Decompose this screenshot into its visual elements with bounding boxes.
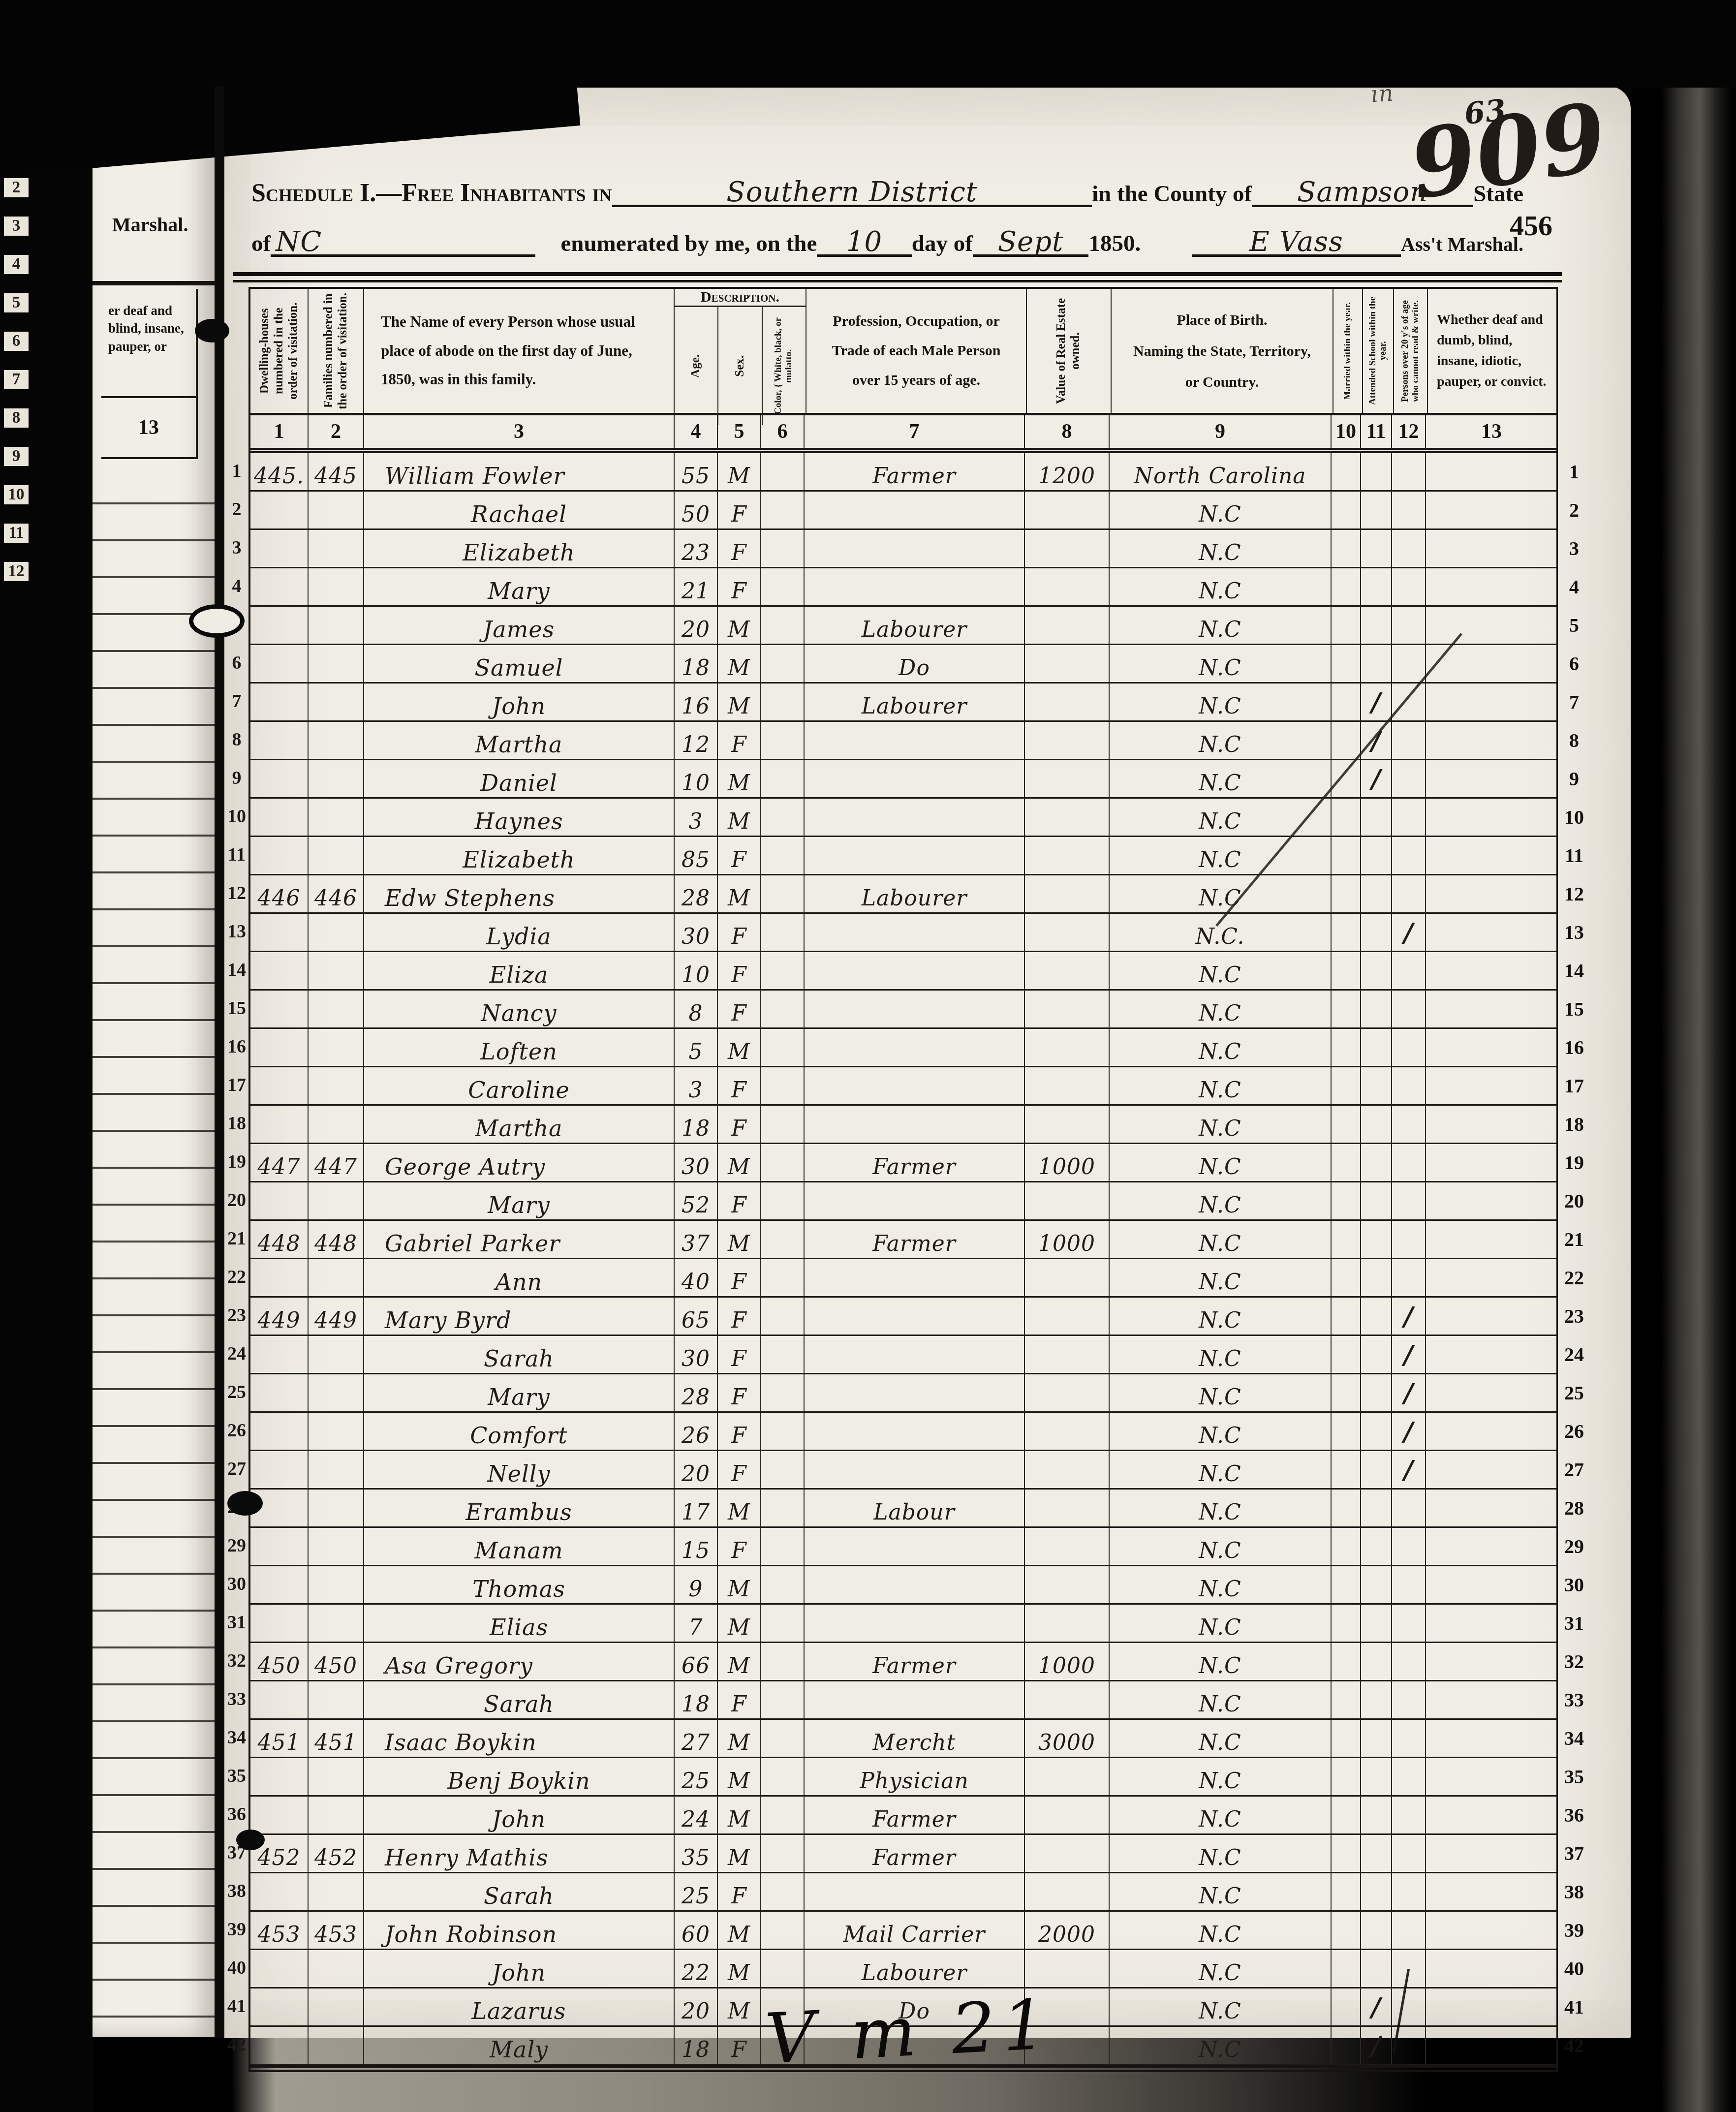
cell-family bbox=[309, 683, 364, 720]
cell-remarks bbox=[1426, 1413, 1557, 1450]
right-row-number: 7 bbox=[1561, 690, 1587, 714]
cell-birthplace: N.C bbox=[1110, 1605, 1332, 1642]
binding-bar bbox=[215, 86, 224, 2038]
cell-occupation bbox=[805, 1298, 1025, 1335]
cell-attended-school bbox=[1361, 837, 1392, 874]
cell-remarks bbox=[1426, 1835, 1557, 1872]
cell-family bbox=[309, 1029, 364, 1066]
cell-sex: M bbox=[718, 645, 761, 682]
schedule-title: Schedule I.—Free Inhabitants in bbox=[251, 179, 612, 208]
cell-birthplace: N.C bbox=[1110, 1873, 1332, 1910]
cell-real-estate-value bbox=[1025, 1182, 1110, 1219]
film-edge-number: 12 bbox=[4, 562, 29, 581]
cell-age: 16 bbox=[675, 683, 718, 720]
film-edge-number: 8 bbox=[4, 408, 29, 428]
cell-birthplace: N.C bbox=[1110, 568, 1332, 605]
cell-birthplace: N.C bbox=[1110, 1528, 1332, 1565]
cell-attended-school bbox=[1361, 1144, 1392, 1181]
cell-birthplace: N.C bbox=[1110, 722, 1332, 759]
right-row-number: 4 bbox=[1561, 575, 1587, 598]
cell-name: Samuel bbox=[364, 645, 675, 682]
cell-married-within-year bbox=[1332, 1797, 1361, 1833]
right-row-number: 12 bbox=[1561, 882, 1587, 905]
table-header-row: Dwelling-houses numbered in the order of… bbox=[250, 289, 1556, 415]
cell-attended-school bbox=[1361, 1566, 1392, 1603]
film-edge-number: 7 bbox=[4, 370, 29, 389]
table-row: 27 Nelly 20 F N.C / 27 bbox=[250, 1451, 1556, 1490]
cell-attended-school bbox=[1361, 1835, 1392, 1872]
schedule-header-line2: of NC enumerated by me, on the 10 day of… bbox=[251, 230, 1523, 257]
cell-real-estate-value bbox=[1025, 607, 1110, 644]
left-row-number: 18 bbox=[226, 1113, 248, 1134]
cell-dwelling: 448 bbox=[250, 1221, 309, 1258]
cell-cannot-read-write bbox=[1392, 1182, 1426, 1219]
cell-age: 28 bbox=[675, 1374, 718, 1411]
cell-occupation: Farmer bbox=[805, 1643, 1025, 1680]
right-row-number: 33 bbox=[1561, 1688, 1587, 1711]
right-row-number: 35 bbox=[1561, 1765, 1587, 1788]
cell-remarks bbox=[1426, 1605, 1557, 1642]
cell-sex: M bbox=[718, 1835, 761, 1872]
film-right-edge bbox=[1631, 0, 1736, 2112]
cell-birthplace: N.C bbox=[1110, 760, 1332, 797]
cell-family bbox=[309, 1681, 364, 1718]
col-number: 12 bbox=[1392, 415, 1426, 448]
cell-attended-school bbox=[1361, 875, 1392, 912]
table-row: 37 452 452 Henry Mathis 35 M Farmer N.C … bbox=[250, 1835, 1556, 1873]
left-row-number: 27 bbox=[226, 1458, 248, 1480]
cell-name: Maly bbox=[364, 2027, 675, 2064]
col-number: 4 bbox=[675, 415, 718, 448]
cell-attended-school: / bbox=[1361, 1988, 1392, 2025]
cell-occupation: Mercht bbox=[805, 1720, 1025, 1757]
left-row-number: 2 bbox=[226, 498, 248, 520]
cell-married-within-year bbox=[1332, 875, 1361, 912]
cell-color bbox=[761, 1528, 805, 1565]
cell-real-estate-value bbox=[1025, 1067, 1110, 1104]
cell-real-estate-value bbox=[1025, 837, 1110, 874]
cell-attended-school bbox=[1361, 1490, 1392, 1526]
left-row-number: 15 bbox=[226, 997, 248, 1019]
table-row: 22 Ann 40 F N.C 22 bbox=[250, 1259, 1556, 1298]
left-row-number: 25 bbox=[226, 1381, 248, 1403]
cell-remarks bbox=[1426, 1566, 1557, 1603]
cell-name: Caroline bbox=[364, 1067, 675, 1104]
cell-sex: M bbox=[718, 1950, 761, 1987]
right-row-number: 37 bbox=[1561, 1842, 1587, 1865]
cell-name: Elias bbox=[364, 1605, 675, 1642]
cell-married-within-year bbox=[1332, 1067, 1361, 1104]
left-row-number: 8 bbox=[226, 729, 248, 750]
left-row-number: 38 bbox=[226, 1880, 248, 1902]
cell-real-estate-value: 1000 bbox=[1025, 1643, 1110, 1680]
cell-attended-school bbox=[1361, 1528, 1392, 1565]
cell-sex: M bbox=[718, 760, 761, 797]
previous-page-fragment: State Marshal. er deaf and blind, insane… bbox=[93, 116, 215, 2037]
cell-family: 451 bbox=[309, 1720, 364, 1757]
cell-real-estate-value bbox=[1025, 799, 1110, 836]
cell-family bbox=[309, 799, 364, 836]
cell-remarks bbox=[1426, 1144, 1557, 1181]
cell-cannot-read-write bbox=[1392, 1643, 1426, 1680]
cell-name: Daniel bbox=[364, 760, 675, 797]
cell-birthplace: N.C bbox=[1110, 1259, 1332, 1296]
left-row-number: 10 bbox=[226, 806, 248, 827]
cell-married-within-year bbox=[1332, 1374, 1361, 1411]
cell-sex: F bbox=[718, 1182, 761, 1219]
left-row-number: 30 bbox=[226, 1573, 248, 1595]
cell-dwelling bbox=[250, 1528, 309, 1565]
cell-remarks bbox=[1426, 453, 1557, 490]
cell-family bbox=[309, 952, 364, 989]
cell-real-estate-value bbox=[1025, 1413, 1110, 1450]
cell-family bbox=[309, 1758, 364, 1795]
cell-married-within-year bbox=[1332, 799, 1361, 836]
col-number: 9 bbox=[1110, 415, 1332, 448]
cell-remarks bbox=[1426, 1221, 1557, 1258]
col-header-remarks: Whether deaf and dumb, blind, insane, id… bbox=[1428, 310, 1559, 392]
cell-occupation: Physician bbox=[805, 1758, 1025, 1795]
cell-birthplace: N.C bbox=[1110, 1835, 1332, 1872]
cell-age: 30 bbox=[675, 1144, 718, 1181]
cell-birthplace: N.C bbox=[1110, 1298, 1332, 1335]
cell-birthplace: North Carolina bbox=[1110, 453, 1332, 490]
cell-remarks bbox=[1426, 799, 1557, 836]
cell-cannot-read-write bbox=[1392, 1067, 1426, 1104]
header-double-rule bbox=[233, 272, 1562, 282]
cell-real-estate-value bbox=[1025, 1336, 1110, 1373]
cell-age: 65 bbox=[675, 1298, 718, 1335]
table-row: 1 445. 445 William Fowler 55 M Farmer 12… bbox=[250, 453, 1556, 492]
bottom-annotation: V m 21 bbox=[763, 1985, 1055, 2080]
cell-attended-school bbox=[1361, 1643, 1392, 1680]
cell-birthplace: N.C bbox=[1110, 1720, 1332, 1757]
cell-sex: F bbox=[718, 2027, 761, 2064]
cell-cannot-read-write bbox=[1392, 875, 1426, 912]
cell-age: 37 bbox=[675, 1221, 718, 1258]
table-row: 26 Comfort 26 F N.C / 26 bbox=[250, 1413, 1556, 1451]
cell-real-estate-value bbox=[1025, 952, 1110, 989]
left-row-number: 40 bbox=[226, 1957, 248, 1979]
left-row-number: 31 bbox=[226, 1612, 248, 1633]
cell-remarks bbox=[1426, 1106, 1557, 1143]
cell-real-estate-value bbox=[1025, 1029, 1110, 1066]
cell-color bbox=[761, 1797, 805, 1833]
cell-age: 3 bbox=[675, 1067, 718, 1104]
cell-remarks bbox=[1426, 952, 1557, 989]
cell-sex: F bbox=[718, 1259, 761, 1296]
cell-sex: F bbox=[718, 722, 761, 759]
cell-sex: F bbox=[718, 1451, 761, 1488]
cell-married-within-year bbox=[1332, 1451, 1361, 1488]
cell-cannot-read-write bbox=[1392, 1835, 1426, 1872]
right-row-number: 20 bbox=[1561, 1189, 1587, 1212]
cell-name: William Fowler bbox=[364, 453, 675, 490]
cell-sex: M bbox=[718, 799, 761, 836]
cell-color bbox=[761, 952, 805, 989]
cell-dwelling bbox=[250, 837, 309, 874]
col-number: 5 bbox=[718, 415, 761, 448]
cell-cannot-read-write bbox=[1392, 607, 1426, 644]
cell-remarks bbox=[1426, 1067, 1557, 1104]
cell-attended-school bbox=[1361, 1336, 1392, 1373]
left-row-number: 33 bbox=[226, 1688, 248, 1710]
right-row-number: 25 bbox=[1561, 1381, 1587, 1404]
film-edge-number: 4 bbox=[4, 255, 29, 274]
cell-color bbox=[761, 875, 805, 912]
cell-family: 448 bbox=[309, 1221, 364, 1258]
table-row: 18 Martha 18 F N.C 18 bbox=[250, 1106, 1556, 1144]
cell-remarks bbox=[1426, 492, 1557, 528]
cell-married-within-year bbox=[1332, 1720, 1361, 1757]
cell-name: Nancy bbox=[364, 991, 675, 1027]
left-row-number: 11 bbox=[226, 844, 248, 866]
cell-occupation bbox=[805, 991, 1025, 1027]
cell-sex: F bbox=[718, 1413, 761, 1450]
cell-real-estate-value bbox=[1025, 530, 1110, 567]
cell-real-estate-value bbox=[1025, 1259, 1110, 1296]
cell-name: John bbox=[364, 1950, 675, 1987]
cell-married-within-year bbox=[1332, 1835, 1361, 1872]
right-row-number: 10 bbox=[1561, 806, 1587, 829]
cell-family bbox=[309, 1259, 364, 1296]
cell-sex: M bbox=[718, 1029, 761, 1066]
cell-family: 450 bbox=[309, 1643, 364, 1680]
cell-attended-school: / bbox=[1361, 722, 1392, 759]
cell-remarks bbox=[1426, 607, 1557, 644]
cell-dwelling bbox=[250, 991, 309, 1027]
cell-occupation bbox=[805, 1067, 1025, 1104]
right-row-number: 5 bbox=[1561, 614, 1587, 637]
left-row-number: 6 bbox=[226, 652, 248, 674]
table-row: 10 Haynes 3 M N.C 10 bbox=[250, 799, 1556, 837]
description-group-label: Description. bbox=[675, 289, 806, 307]
cell-color bbox=[761, 1912, 805, 1949]
cell-age: 18 bbox=[675, 2027, 718, 2064]
cell-name: Gabriel Parker bbox=[364, 1221, 675, 1258]
ink-blob bbox=[236, 1830, 265, 1850]
cell-family: 452 bbox=[309, 1835, 364, 1872]
county-of-label: in the County of bbox=[1092, 181, 1252, 207]
cell-name: Comfort bbox=[364, 1413, 675, 1450]
cell-cannot-read-write bbox=[1392, 453, 1426, 490]
cell-color bbox=[761, 1298, 805, 1335]
cell-color bbox=[761, 760, 805, 797]
cell-real-estate-value bbox=[1025, 1681, 1110, 1718]
cell-age: 20 bbox=[675, 1988, 718, 2025]
cell-sex: F bbox=[718, 1336, 761, 1373]
cell-attended-school bbox=[1361, 1221, 1392, 1258]
cell-family: 445 bbox=[309, 453, 364, 490]
table-row: 11 Elizabeth 85 F N.C 11 bbox=[250, 837, 1556, 875]
table-row: 5 James 20 M Labourer N.C 5 bbox=[250, 607, 1556, 645]
cell-dwelling bbox=[250, 1681, 309, 1718]
cell-married-within-year bbox=[1332, 914, 1361, 951]
cell-color bbox=[761, 837, 805, 874]
cell-occupation bbox=[805, 1681, 1025, 1718]
cell-cannot-read-write: / bbox=[1392, 1336, 1426, 1373]
cell-attended-school bbox=[1361, 1950, 1392, 1987]
cell-sex: F bbox=[718, 1298, 761, 1335]
cell-dwelling: 445. bbox=[250, 453, 309, 490]
cell-real-estate-value bbox=[1025, 683, 1110, 720]
cell-birthplace: N.C bbox=[1110, 837, 1332, 874]
cell-sex: F bbox=[718, 1067, 761, 1104]
col-header-dwelling: Dwelling-houses numbered in the order of… bbox=[258, 292, 300, 410]
right-row-number: 14 bbox=[1561, 959, 1587, 982]
cell-cannot-read-write bbox=[1392, 1528, 1426, 1565]
col-header-name: The Name of every Person whose usual pla… bbox=[364, 308, 674, 395]
cell-cannot-read-write: / bbox=[1392, 914, 1426, 951]
cell-birthplace: N.C bbox=[1110, 1988, 1332, 2025]
cell-married-within-year bbox=[1332, 568, 1361, 605]
cell-cannot-read-write bbox=[1392, 1259, 1426, 1296]
cell-occupation: Labourer bbox=[805, 607, 1025, 644]
cell-occupation bbox=[805, 568, 1025, 605]
cell-dwelling bbox=[250, 1451, 309, 1488]
cell-remarks bbox=[1426, 760, 1557, 797]
col-header-school: Attended School within the year. bbox=[1368, 292, 1389, 410]
cell-name: Isaac Boykin bbox=[364, 1720, 675, 1757]
table-row: 40 John 22 M Labourer N.C 40 bbox=[250, 1950, 1556, 1988]
cell-sex: F bbox=[718, 991, 761, 1027]
cell-age: 26 bbox=[675, 1413, 718, 1450]
cell-married-within-year bbox=[1332, 1988, 1361, 2025]
table-row: 31 Elias 7 M N.C 31 bbox=[250, 1605, 1556, 1643]
cell-attended-school: / bbox=[1361, 683, 1392, 720]
cell-sex: M bbox=[718, 1988, 761, 2025]
cell-color bbox=[761, 645, 805, 682]
cell-birthplace: N.C bbox=[1110, 607, 1332, 644]
cell-cannot-read-write bbox=[1392, 1912, 1426, 1949]
cell-dwelling bbox=[250, 1566, 309, 1603]
cell-attended-school bbox=[1361, 1797, 1392, 1833]
cell-remarks bbox=[1426, 1720, 1557, 1757]
cell-occupation bbox=[805, 1374, 1025, 1411]
cell-married-within-year bbox=[1332, 1336, 1361, 1373]
cell-sex: F bbox=[718, 1106, 761, 1143]
table-row: 23 449 449 Mary Byrd 65 F N.C / 23 bbox=[250, 1298, 1556, 1336]
cell-birthplace: N.C bbox=[1110, 1797, 1332, 1833]
cell-real-estate-value bbox=[1025, 1490, 1110, 1526]
cell-real-estate-value bbox=[1025, 1605, 1110, 1642]
cell-dwelling bbox=[250, 1413, 309, 1450]
cell-sex: M bbox=[718, 1912, 761, 1949]
cell-married-within-year bbox=[1332, 530, 1361, 567]
cell-color bbox=[761, 1605, 805, 1642]
cell-cannot-read-write bbox=[1392, 1988, 1426, 2025]
cell-occupation: Farmer bbox=[805, 1835, 1025, 1872]
right-row-number: 40 bbox=[1561, 1957, 1587, 1980]
cell-birthplace: N.C bbox=[1110, 1681, 1332, 1718]
cell-birthplace: N.C bbox=[1110, 1566, 1332, 1603]
cell-cannot-read-write bbox=[1392, 1221, 1426, 1258]
cell-attended-school: / bbox=[1361, 760, 1392, 797]
cell-married-within-year bbox=[1332, 1681, 1361, 1718]
table-row: 21 448 448 Gabriel Parker 37 M Farmer 10… bbox=[250, 1221, 1556, 1259]
cell-cannot-read-write bbox=[1392, 1106, 1426, 1143]
cell-color bbox=[761, 453, 805, 490]
table-row: 7 John 16 M Labourer N.C / 7 bbox=[250, 683, 1556, 722]
cell-occupation bbox=[805, 799, 1025, 836]
cell-dwelling bbox=[250, 1029, 309, 1066]
cell-remarks bbox=[1426, 683, 1557, 720]
cell-name: Erambus bbox=[364, 1490, 675, 1526]
cell-real-estate-value bbox=[1025, 492, 1110, 528]
prev-page-ruled-lines bbox=[93, 467, 215, 2037]
cell-married-within-year bbox=[1332, 1221, 1361, 1258]
cell-real-estate-value: 1000 bbox=[1025, 1221, 1110, 1258]
cell-color bbox=[761, 1221, 805, 1258]
cell-name: Mary bbox=[364, 568, 675, 605]
cell-married-within-year bbox=[1332, 760, 1361, 797]
cell-sex: F bbox=[718, 1374, 761, 1411]
cell-dwelling bbox=[250, 1182, 309, 1219]
table-row: 38 Sarah 25 F N.C 38 bbox=[250, 1873, 1556, 1912]
cell-dwelling bbox=[250, 1797, 309, 1833]
cell-married-within-year bbox=[1332, 1144, 1361, 1181]
cell-color bbox=[761, 722, 805, 759]
cell-age: 18 bbox=[675, 1106, 718, 1143]
cell-color bbox=[761, 1950, 805, 1987]
right-row-number: 28 bbox=[1561, 1496, 1587, 1520]
cell-age: 52 bbox=[675, 1182, 718, 1219]
cell-occupation bbox=[805, 837, 1025, 874]
cell-married-within-year bbox=[1332, 607, 1361, 644]
cell-color bbox=[761, 991, 805, 1027]
cell-married-within-year bbox=[1332, 1528, 1361, 1565]
cell-dwelling bbox=[250, 683, 309, 720]
cell-birthplace: N.C bbox=[1110, 952, 1332, 989]
right-row-number: 39 bbox=[1561, 1919, 1587, 1942]
prev-page-column13-number: 13 bbox=[101, 396, 198, 459]
cell-age: 12 bbox=[675, 722, 718, 759]
cell-sex: M bbox=[718, 1758, 761, 1795]
cell-dwelling bbox=[250, 1067, 309, 1104]
table-row: 16 Loften 5 M N.C 16 bbox=[250, 1029, 1556, 1067]
right-row-number: 1 bbox=[1561, 460, 1587, 483]
cell-remarks bbox=[1426, 1490, 1557, 1526]
description-group: Description. Age. Sex. Color, { White, b… bbox=[675, 289, 806, 413]
cell-name: Asa Gregory bbox=[364, 1643, 675, 1680]
cell-remarks bbox=[1426, 568, 1557, 605]
left-row-number: 39 bbox=[226, 1919, 248, 1940]
cell-attended-school bbox=[1361, 1259, 1392, 1296]
cell-cannot-read-write bbox=[1392, 568, 1426, 605]
table-row: 32 450 450 Asa Gregory 66 M Farmer 1000 … bbox=[250, 1643, 1556, 1681]
cell-age: 5 bbox=[675, 1029, 718, 1066]
cell-cannot-read-write bbox=[1392, 1605, 1426, 1642]
cell-dwelling: 450 bbox=[250, 1643, 309, 1680]
cell-family bbox=[309, 914, 364, 951]
cell-remarks bbox=[1426, 991, 1557, 1027]
cell-family bbox=[309, 607, 364, 644]
cell-family bbox=[309, 1067, 364, 1104]
cell-attended-school bbox=[1361, 1873, 1392, 1910]
cell-dwelling bbox=[250, 760, 309, 797]
right-row-number: 36 bbox=[1561, 1803, 1587, 1827]
right-row-number: 19 bbox=[1561, 1151, 1587, 1174]
film-edge-number: 9 bbox=[4, 447, 29, 466]
left-row-number: 36 bbox=[226, 1803, 248, 1825]
right-row-number: 38 bbox=[1561, 1880, 1587, 1903]
cell-attended-school bbox=[1361, 952, 1392, 989]
col-header-age: Age. bbox=[689, 354, 703, 378]
cell-occupation bbox=[805, 760, 1025, 797]
state-field: NC bbox=[271, 230, 535, 257]
cell-cannot-read-write: / bbox=[1392, 1298, 1426, 1335]
cell-married-within-year bbox=[1332, 1566, 1361, 1603]
